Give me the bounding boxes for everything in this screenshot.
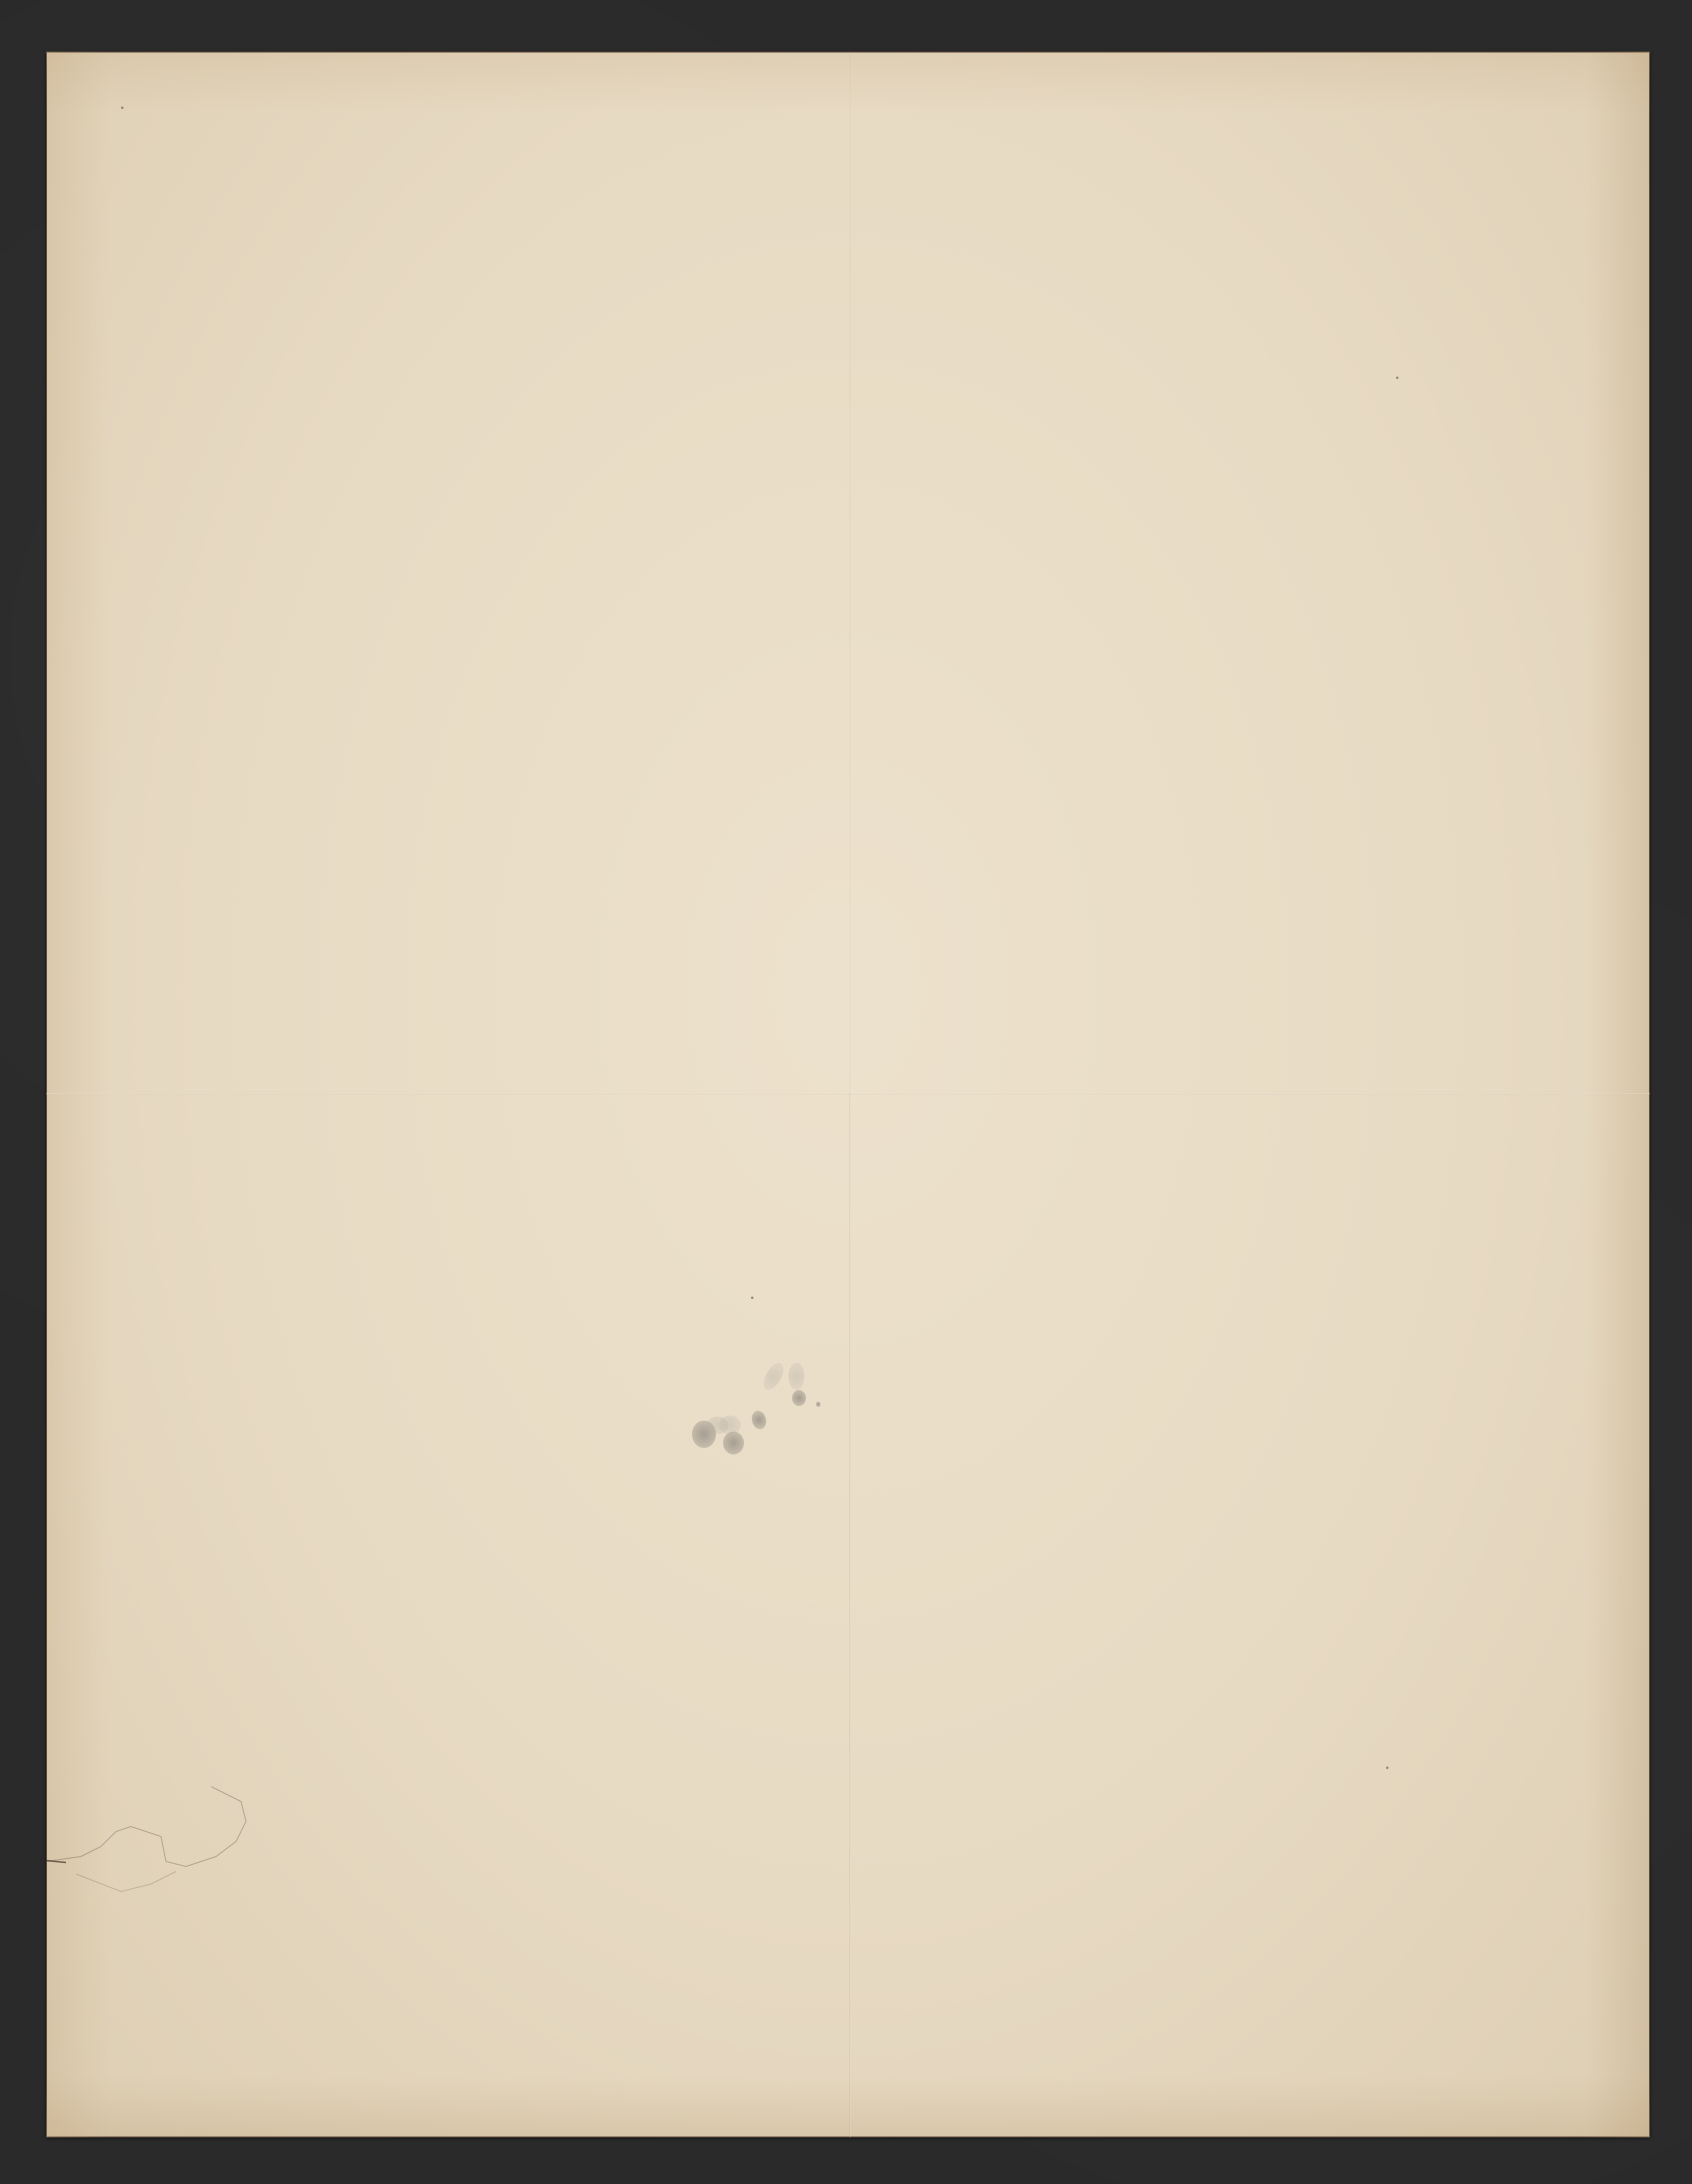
paper-sheet: [46, 51, 1650, 2137]
foxing-speck: [751, 1296, 753, 1299]
vertical-fold-upper-faint: [849, 51, 850, 1093]
crease-tear-mark: [46, 1786, 326, 1916]
foxing-speck: [1396, 376, 1398, 379]
stain-spot: [792, 1390, 806, 1406]
stain-spot: [816, 1401, 820, 1407]
stain-spot: [723, 1431, 744, 1454]
stain-spot: [759, 1360, 787, 1393]
vertical-fold-line: [849, 1093, 851, 2137]
foxing-speck: [1386, 1766, 1388, 1769]
horizontal-fold-line: [46, 1093, 1650, 1094]
foxing-speck: [121, 106, 123, 109]
stain-spot: [719, 1415, 741, 1434]
stain-spot: [750, 1409, 768, 1431]
stain-spot: [788, 1362, 804, 1390]
